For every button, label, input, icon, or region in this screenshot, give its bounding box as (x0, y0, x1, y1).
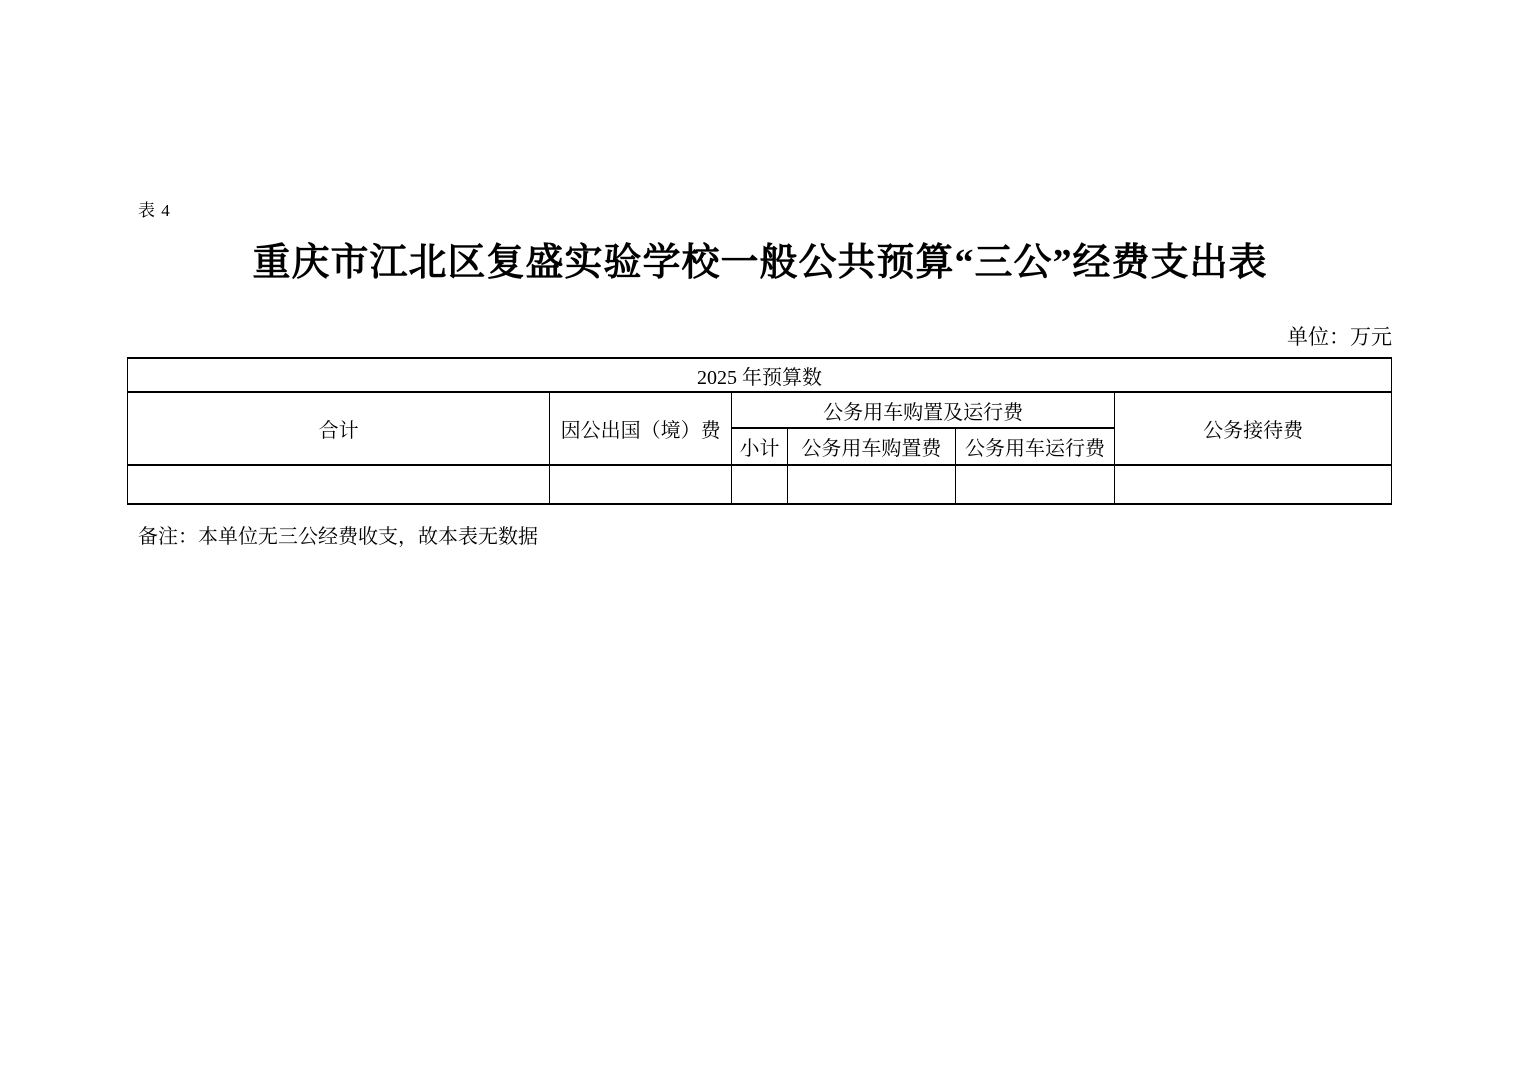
data-cell-vehicle-operation (955, 465, 1114, 504)
col-header-vehicle-purchase: 公务用车购置费 (787, 428, 955, 465)
document-page: 表 4 重庆市江北区复盛实验学校一般公共预算“三公”经费支出表 单位：万元 20… (0, 0, 1520, 1074)
col-header-vehicle-subtotal: 小计 (732, 428, 788, 465)
unit-note: 单位：万元 (1287, 321, 1392, 351)
col-header-vehicle-operation: 公务用车运行费 (955, 428, 1114, 465)
col-header-vehicle-group: 公务用车购置及运行费 (732, 392, 1115, 428)
col-header-total: 合计 (128, 392, 550, 465)
header-row-top: 合计 因公出国（境）费 公务用车购置及运行费 公务接待费 (128, 392, 1392, 428)
footnote: 备注：本单位无三公经费收支，故本表无数据 (138, 520, 538, 549)
col-header-abroad: 因公出国（境）费 (550, 392, 732, 465)
col-header-reception: 公务接待费 (1115, 392, 1392, 465)
data-cell-vehicle-subtotal (732, 465, 788, 504)
table-row (128, 465, 1392, 504)
year-header-cell: 2025 年预算数 (128, 358, 1392, 392)
table-number-label: 表 4 (138, 196, 171, 221)
data-cell-total (128, 465, 550, 504)
data-cell-reception (1115, 465, 1392, 504)
document-title: 重庆市江北区复盛实验学校一般公共预算“三公”经费支出表 (0, 231, 1520, 286)
year-header-row: 2025 年预算数 (128, 358, 1392, 392)
data-cell-abroad (550, 465, 732, 504)
budget-table: 2025 年预算数 合计 因公出国（境）费 公务用车购置及运行费 公务接待费 小… (127, 357, 1392, 505)
data-cell-vehicle-purchase (787, 465, 955, 504)
